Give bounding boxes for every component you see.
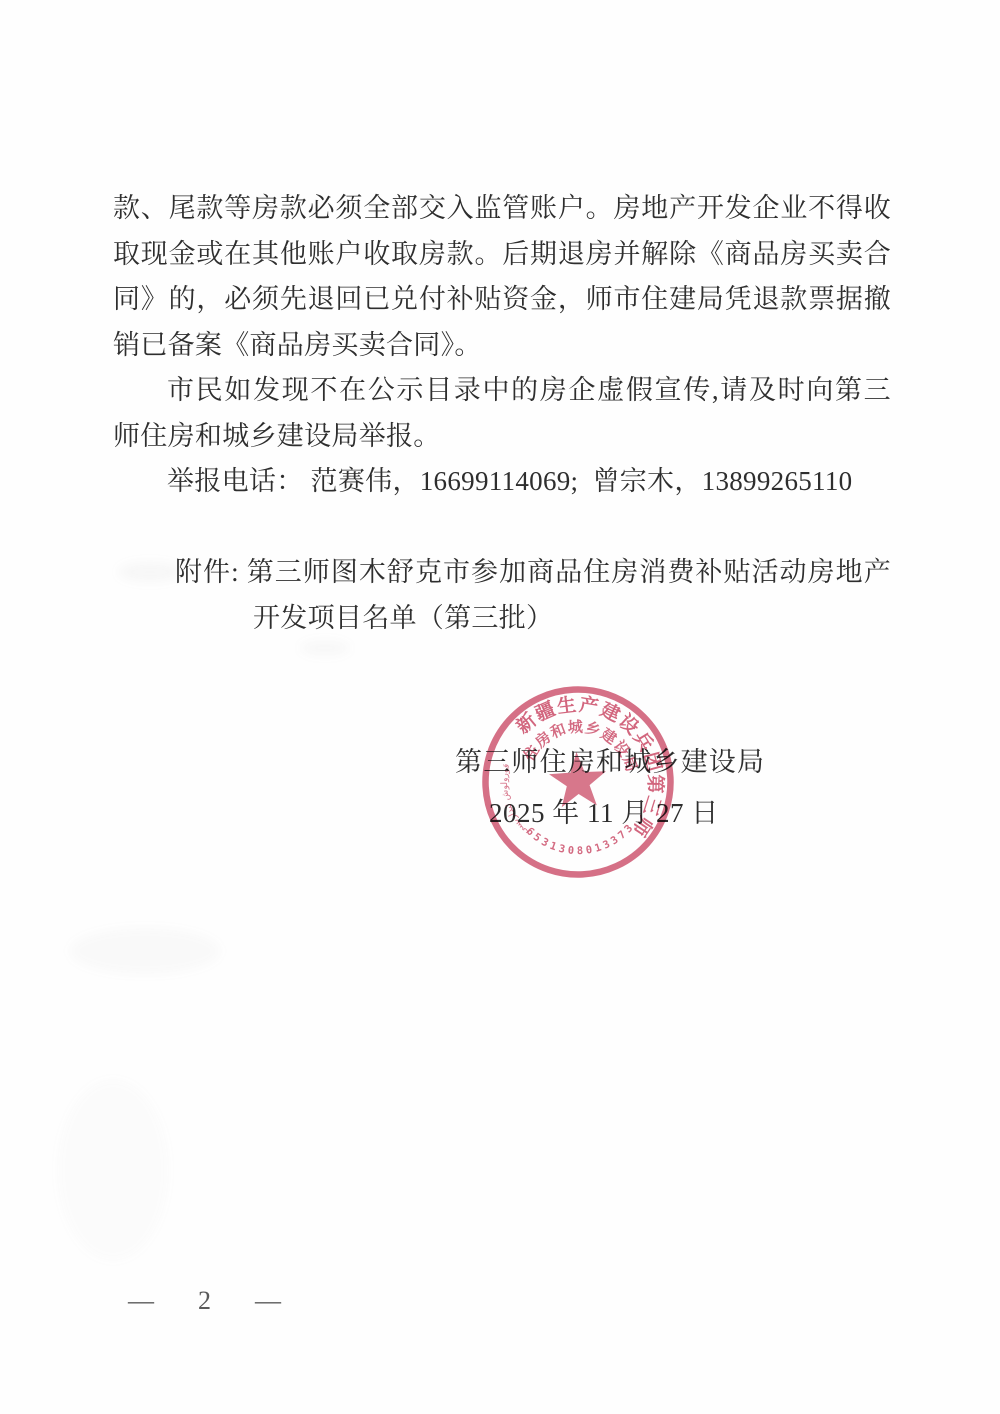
seal-serial-number: 6531308013373 [523,820,638,860]
body-line: 同》的，必须先退回已兑付补贴资金，师市住建局凭退款票据撤 [113,277,891,323]
seal-outer-arc-text: 新疆生产建设兵团第三师 [510,688,670,848]
svg-text:قورولوش ئىدارىسى: قورولوش ئىدارىسى [499,762,531,839]
body-line: 销已备案《商品房买卖合同》。 [113,323,891,369]
document-page: 款、尾款等房款必须全部交入监管账户。房地产开发企业不得收 取现金或在其他账户收取… [0,0,1000,1414]
seal-star [548,751,608,808]
svg-text:新疆生产建设兵团第三师: 新疆生产建设兵团第三师 [510,688,670,848]
scan-smudge [58,1080,168,1260]
page-number: — 2 — [128,1286,286,1316]
body-line: 款、尾款等房款必须全部交入监管账户。房地产开发企业不得收 [113,186,891,232]
scan-smudge [70,928,220,974]
svg-text:6531308013373: 6531308013373 [523,820,638,860]
body-line: 市民如发现不在公示目录中的房企虚假宣传,请及时向第三 [113,368,891,414]
body-line: 取现金或在其他账户收取房款。后期退房并解除《商品房买卖合 [113,232,891,278]
attachment-note: 附件: 第三师图木舒克市参加商品住房消费补贴活动房地产 开发项目名单（第三批） [113,550,891,641]
official-seal: 新疆生产建设兵团第三师 住房和城乡建设局 قورولوش ئىدارىسى 65… [473,677,683,887]
paragraph-fund-supervision: 款、尾款等房款必须全部交入监管账户。房地产开发企业不得收 取现金或在其他账户收取… [113,186,891,368]
document-body: 款、尾款等房款必须全部交入监管账户。房地产开发企业不得收 取现金或在其他账户收取… [113,186,891,641]
attachment-line: 附件: 第三师图木舒克市参加商品住房消费补贴活动房地产 [113,550,891,596]
seal-uyghur-script-arc: قورولوش ئىدارىسى [499,762,531,839]
body-line: 师住房和城乡建设局举报。 [113,414,891,460]
report-phone-line: 举报电话： 范赛伟，16699114069; 曾宗木，13899265110 [113,459,891,505]
scan-smudge [300,640,350,656]
paragraph-report-notice: 市民如发现不在公示目录中的房企虚假宣传,请及时向第三 师住房和城乡建设局举报。 [113,368,891,459]
attachment-line: 开发项目名单（第三批） [113,596,891,642]
